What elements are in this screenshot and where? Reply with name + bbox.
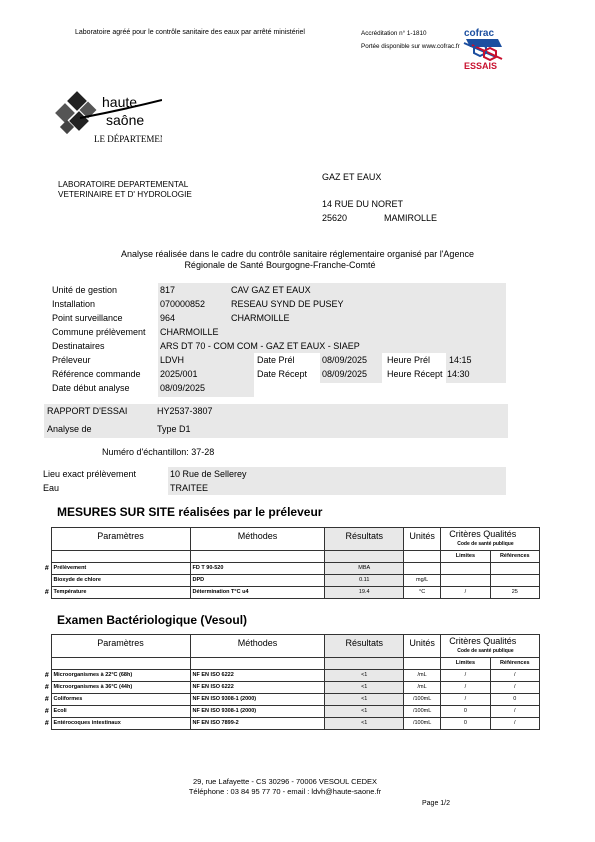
result-cell: 19.4 xyxy=(325,587,404,599)
limit-cell: 0 xyxy=(441,706,490,718)
method-cell: NF EN ISO 7899-2 xyxy=(190,718,325,730)
date-recept-value: 08/09/2025 xyxy=(322,369,367,379)
header-unites: Unités xyxy=(404,528,441,551)
rapport-value: HY2537-3807 xyxy=(157,406,213,416)
header-limites: Limites xyxy=(441,658,490,670)
lieu-label: Lieu exact prélèvement xyxy=(43,469,136,479)
reference-cell: / xyxy=(490,706,539,718)
limit-cell: / xyxy=(441,670,490,682)
result-cell: <1 xyxy=(325,694,404,706)
date-prel-value: 08/09/2025 xyxy=(322,355,367,365)
portee: Portée disponible sur www.cofrac.fr xyxy=(361,43,460,50)
header-limites: Limites xyxy=(441,551,490,563)
table-row: #PrélèvementFD T 90-520MBA xyxy=(43,563,540,575)
destinataires-label: Destinataires xyxy=(52,341,105,351)
date-prel-label: Date Prél xyxy=(257,355,295,365)
table-row: #Entérocoques intestinauxNF EN ISO 7899-… xyxy=(43,718,540,730)
parameter-cell: Microorganismes à 22°C (68h) xyxy=(51,670,190,682)
date-debut-label: Date début analyse xyxy=(52,383,130,393)
destinataires-value: ARS DT 70 - COM COM - GAZ ET EAUX - SIAE… xyxy=(160,341,360,351)
lab-agreement: Laboratoire agréé pour le contrôle sanit… xyxy=(75,29,305,36)
method-cell: Détermination T°C u4 xyxy=(190,587,325,599)
unite-gestion-label: Unité de gestion xyxy=(52,285,117,295)
preleveur-value: LDVH xyxy=(160,355,184,365)
svg-text:cofrac: cofrac xyxy=(464,28,494,39)
reference-cell xyxy=(490,575,539,587)
table-row: #ColiformesNF EN ISO 9308-1 (2000)<1/100… xyxy=(43,694,540,706)
unit-cell: /100mL xyxy=(404,694,441,706)
mesures-site-title: MESURES SUR SITE réalisées par le prélev… xyxy=(57,505,322,519)
method-cell: FD T 90-520 xyxy=(190,563,325,575)
table-row: #Microorganismes à 22°C (68h)NF EN ISO 6… xyxy=(43,670,540,682)
echantillon-number: Numéro d'échantillon: 37-28 xyxy=(102,447,214,457)
heure-recept-value: 14:30 xyxy=(447,369,470,379)
recipient-street: 14 RUE DU NORET xyxy=(322,199,403,209)
result-cell: <1 xyxy=(325,706,404,718)
page-number: Page 1/2 xyxy=(422,800,450,807)
svg-text:ESSAIS: ESSAIS xyxy=(464,61,497,71)
point-surveillance-label: Point surveillance xyxy=(52,313,123,323)
header-methodes: Méthodes xyxy=(190,528,325,551)
parameter-cell: Ecoli xyxy=(51,706,190,718)
unite-gestion-value: CAV GAZ ET EAUX xyxy=(231,285,311,295)
parameter-cell: Bioxyde de chlore xyxy=(51,575,190,587)
table-row: #EcoliNF EN ISO 9308-1 (2000)<1/100mL0/ xyxy=(43,706,540,718)
row-flag: # xyxy=(43,670,51,682)
parameter-cell: Prélèvement xyxy=(51,563,190,575)
unit-cell xyxy=(404,563,441,575)
limit-cell xyxy=(441,575,490,587)
eau-value: TRAITEE xyxy=(170,483,208,493)
header-unites: Unités xyxy=(404,635,441,658)
heure-prel-label: Heure Prél xyxy=(387,355,430,365)
row-flag: # xyxy=(43,587,51,599)
point-surveillance-code: 964 xyxy=(160,313,175,323)
reference-cell: / xyxy=(490,718,539,730)
accreditation: Accréditation n° 1-1810 xyxy=(361,30,427,37)
table-row: #Microorganismes à 36°C (44h)NF EN ISO 6… xyxy=(43,682,540,694)
result-cell: MBA xyxy=(325,563,404,575)
reference-cell: 0 xyxy=(490,694,539,706)
limit-cell: 0 xyxy=(441,718,490,730)
reference-value: 2025/001 xyxy=(160,369,198,379)
recipient-postcode: 25620 xyxy=(322,213,347,223)
svg-text:LE DÉPARTEMENT: LE DÉPARTEMENT xyxy=(94,134,162,144)
point-surveillance-value: CHARMOILLE xyxy=(231,313,290,323)
header-references: Références xyxy=(490,551,539,563)
limit-cell xyxy=(441,563,490,575)
recipient-name: GAZ ET EAUX xyxy=(322,172,381,182)
reference-cell: / xyxy=(490,670,539,682)
commune-label: Commune prélèvement xyxy=(52,327,146,337)
limit-cell: / xyxy=(441,587,490,599)
analyse-value: Type D1 xyxy=(157,424,191,434)
header-parametres: Paramètres xyxy=(51,528,190,551)
installation-code: 070000852 xyxy=(160,299,205,309)
parameter-cell: Entérocoques intestinaux xyxy=(51,718,190,730)
unit-cell: /mL xyxy=(404,670,441,682)
parameter-cell: Microorganismes à 36°C (44h) xyxy=(51,682,190,694)
header-parametres: Paramètres xyxy=(51,635,190,658)
header-resultats: Résultats xyxy=(325,635,404,658)
result-cell: <1 xyxy=(325,682,404,694)
svg-text:saône: saône xyxy=(106,112,144,128)
result-cell: <1 xyxy=(325,718,404,730)
date-recept-label: Date Récept xyxy=(257,369,307,379)
installation-value: RESEAU SYND DE PUSEY xyxy=(231,299,344,309)
header-references: Références xyxy=(490,658,539,670)
reference-label: Référence commande xyxy=(52,369,141,379)
commune-value: CHARMOILLE xyxy=(160,327,219,337)
method-cell: NF EN ISO 6222 xyxy=(190,670,325,682)
method-cell: NF EN ISO 6222 xyxy=(190,682,325,694)
heure-recept-label: Heure Récept xyxy=(387,369,443,379)
row-flag: # xyxy=(43,694,51,706)
result-cell: 0.11 xyxy=(325,575,404,587)
lieu-value: 10 Rue de Sellerey xyxy=(170,469,247,479)
row-flag: # xyxy=(43,563,51,575)
svg-text:haute: haute xyxy=(102,94,137,110)
installation-label: Installation xyxy=(52,299,95,309)
date-debut-value: 08/09/2025 xyxy=(160,383,205,393)
unit-cell: mg/L xyxy=(404,575,441,587)
header-methodes: Méthodes xyxy=(190,635,325,658)
header-criteres: Critères Qualités Code de santé publique xyxy=(441,528,540,551)
intro-line1: Analyse réalisée dans le cadre du contrô… xyxy=(0,249,595,259)
unit-cell: °C xyxy=(404,587,441,599)
table-row: Bioxyde de chloreDPD0.11mg/L xyxy=(43,575,540,587)
bacterio-title: Examen Bactériologique (Vesoul) xyxy=(57,613,247,627)
unit-cell: /mL xyxy=(404,682,441,694)
result-cell: <1 xyxy=(325,670,404,682)
row-flag: # xyxy=(43,706,51,718)
unite-gestion-code: 817 xyxy=(160,285,175,295)
mesures-site-table: Paramètres Méthodes Résultats Unités Cri… xyxy=(43,527,540,599)
sender-line1: LABORATOIRE DEPARTEMENTAL xyxy=(58,180,188,189)
row-flag: # xyxy=(43,682,51,694)
header-criteres: Critères Qualités Code de santé publique xyxy=(441,635,540,658)
analyse-label: Analyse de xyxy=(47,424,92,434)
method-cell: DPD xyxy=(190,575,325,587)
unit-cell: /100mL xyxy=(404,718,441,730)
limit-cell: / xyxy=(441,694,490,706)
recipient-city: MAMIROLLE xyxy=(384,213,437,223)
row-flag xyxy=(43,575,51,587)
bacterio-table: Paramètres Méthodes Résultats Unités Cri… xyxy=(43,634,540,730)
cofrac-logo-icon: cofrac ESSAIS xyxy=(462,27,508,71)
method-cell: NF EN ISO 9308-1 (2000) xyxy=(190,694,325,706)
footer-contact: Téléphone : 03 84 95 77 70 - email : ldv… xyxy=(0,787,570,796)
table-row: #TempératureDétermination T°C u419.4°C/2… xyxy=(43,587,540,599)
reference-cell xyxy=(490,563,539,575)
haute-saone-logo-icon: haute saône LE DÉPARTEMENT xyxy=(52,88,162,148)
header-resultats: Résultats xyxy=(325,528,404,551)
unit-cell: /100mL xyxy=(404,706,441,718)
parameter-cell: Coliformes xyxy=(51,694,190,706)
footer-address: 29, rue Lafayette - CS 30296 - 70006 VES… xyxy=(0,777,570,786)
limit-cell: / xyxy=(441,682,490,694)
preleveur-label: Préleveur xyxy=(52,355,91,365)
parameter-cell: Température xyxy=(51,587,190,599)
row-flag: # xyxy=(43,718,51,730)
eau-label: Eau xyxy=(43,483,59,493)
reference-cell: / xyxy=(490,682,539,694)
rapport-label: RAPPORT D'ESSAI xyxy=(47,406,127,416)
method-cell: NF EN ISO 9308-1 (2000) xyxy=(190,706,325,718)
reference-cell: 25 xyxy=(490,587,539,599)
intro-line2: Régionale de Santé Bourgogne-Franche-Com… xyxy=(0,260,560,270)
sender-line2: VETERINAIRE ET D' HYDROLOGIE xyxy=(58,190,192,199)
heure-prel-value: 14:15 xyxy=(449,355,472,365)
